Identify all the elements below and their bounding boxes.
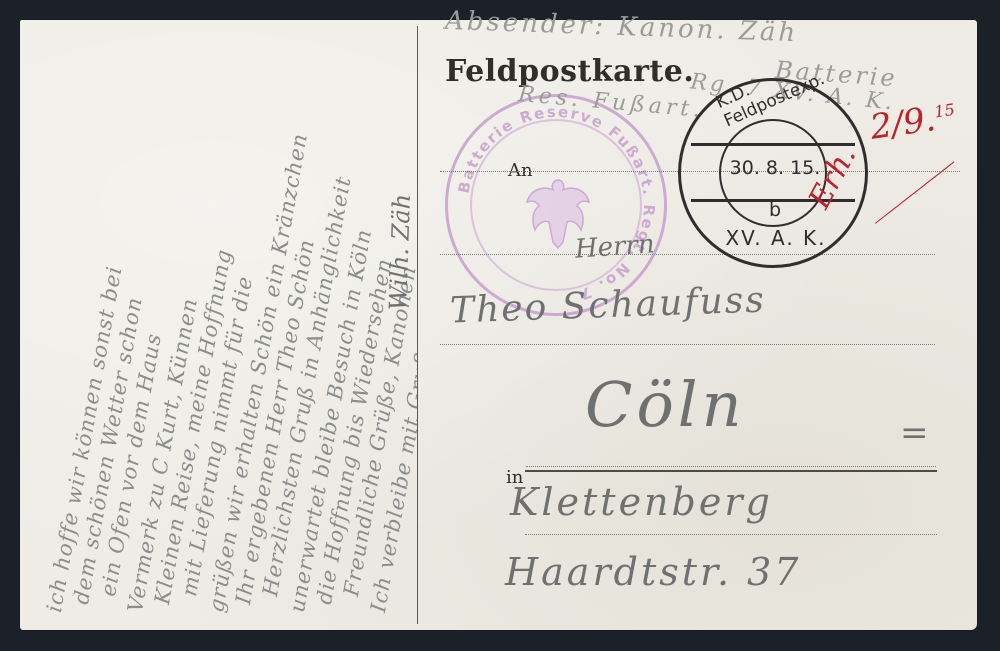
- city-underline: [525, 470, 937, 472]
- sender-line-1: Absender: Kanon. Zäh: [445, 6, 799, 48]
- address-line-2: [440, 254, 935, 255]
- postmark-date: 30. 8. 15.: [725, 157, 825, 179]
- signature: Wilh. Zäh: [384, 193, 416, 311]
- postmark-corps: XV. A. K.: [711, 226, 841, 250]
- center-divider: [417, 26, 418, 624]
- message-area: ich hoffe wir können sonst beidem schöne…: [20, 20, 417, 630]
- address-salutation: Herrn: [574, 229, 656, 264]
- postcard: ich hoffe wir können sonst beidem schöne…: [20, 20, 977, 630]
- address-city: Cöln: [585, 368, 746, 441]
- address-city-suffix: =: [900, 413, 929, 453]
- address-street: Haardtstr. 37: [505, 550, 801, 594]
- address-line-city: [526, 466, 936, 467]
- address-line-5: [525, 534, 937, 535]
- unit-seal: Batterie Reserve Fußart. Regt. No. 7: [445, 94, 667, 316]
- receipt-date-value: 2/9.: [868, 99, 938, 148]
- address-district: Klettenberg: [510, 480, 773, 524]
- address-line-3: [440, 344, 935, 345]
- receipt-date-year: 15: [933, 100, 956, 122]
- card-title: Feldpostkarte.: [445, 54, 694, 89]
